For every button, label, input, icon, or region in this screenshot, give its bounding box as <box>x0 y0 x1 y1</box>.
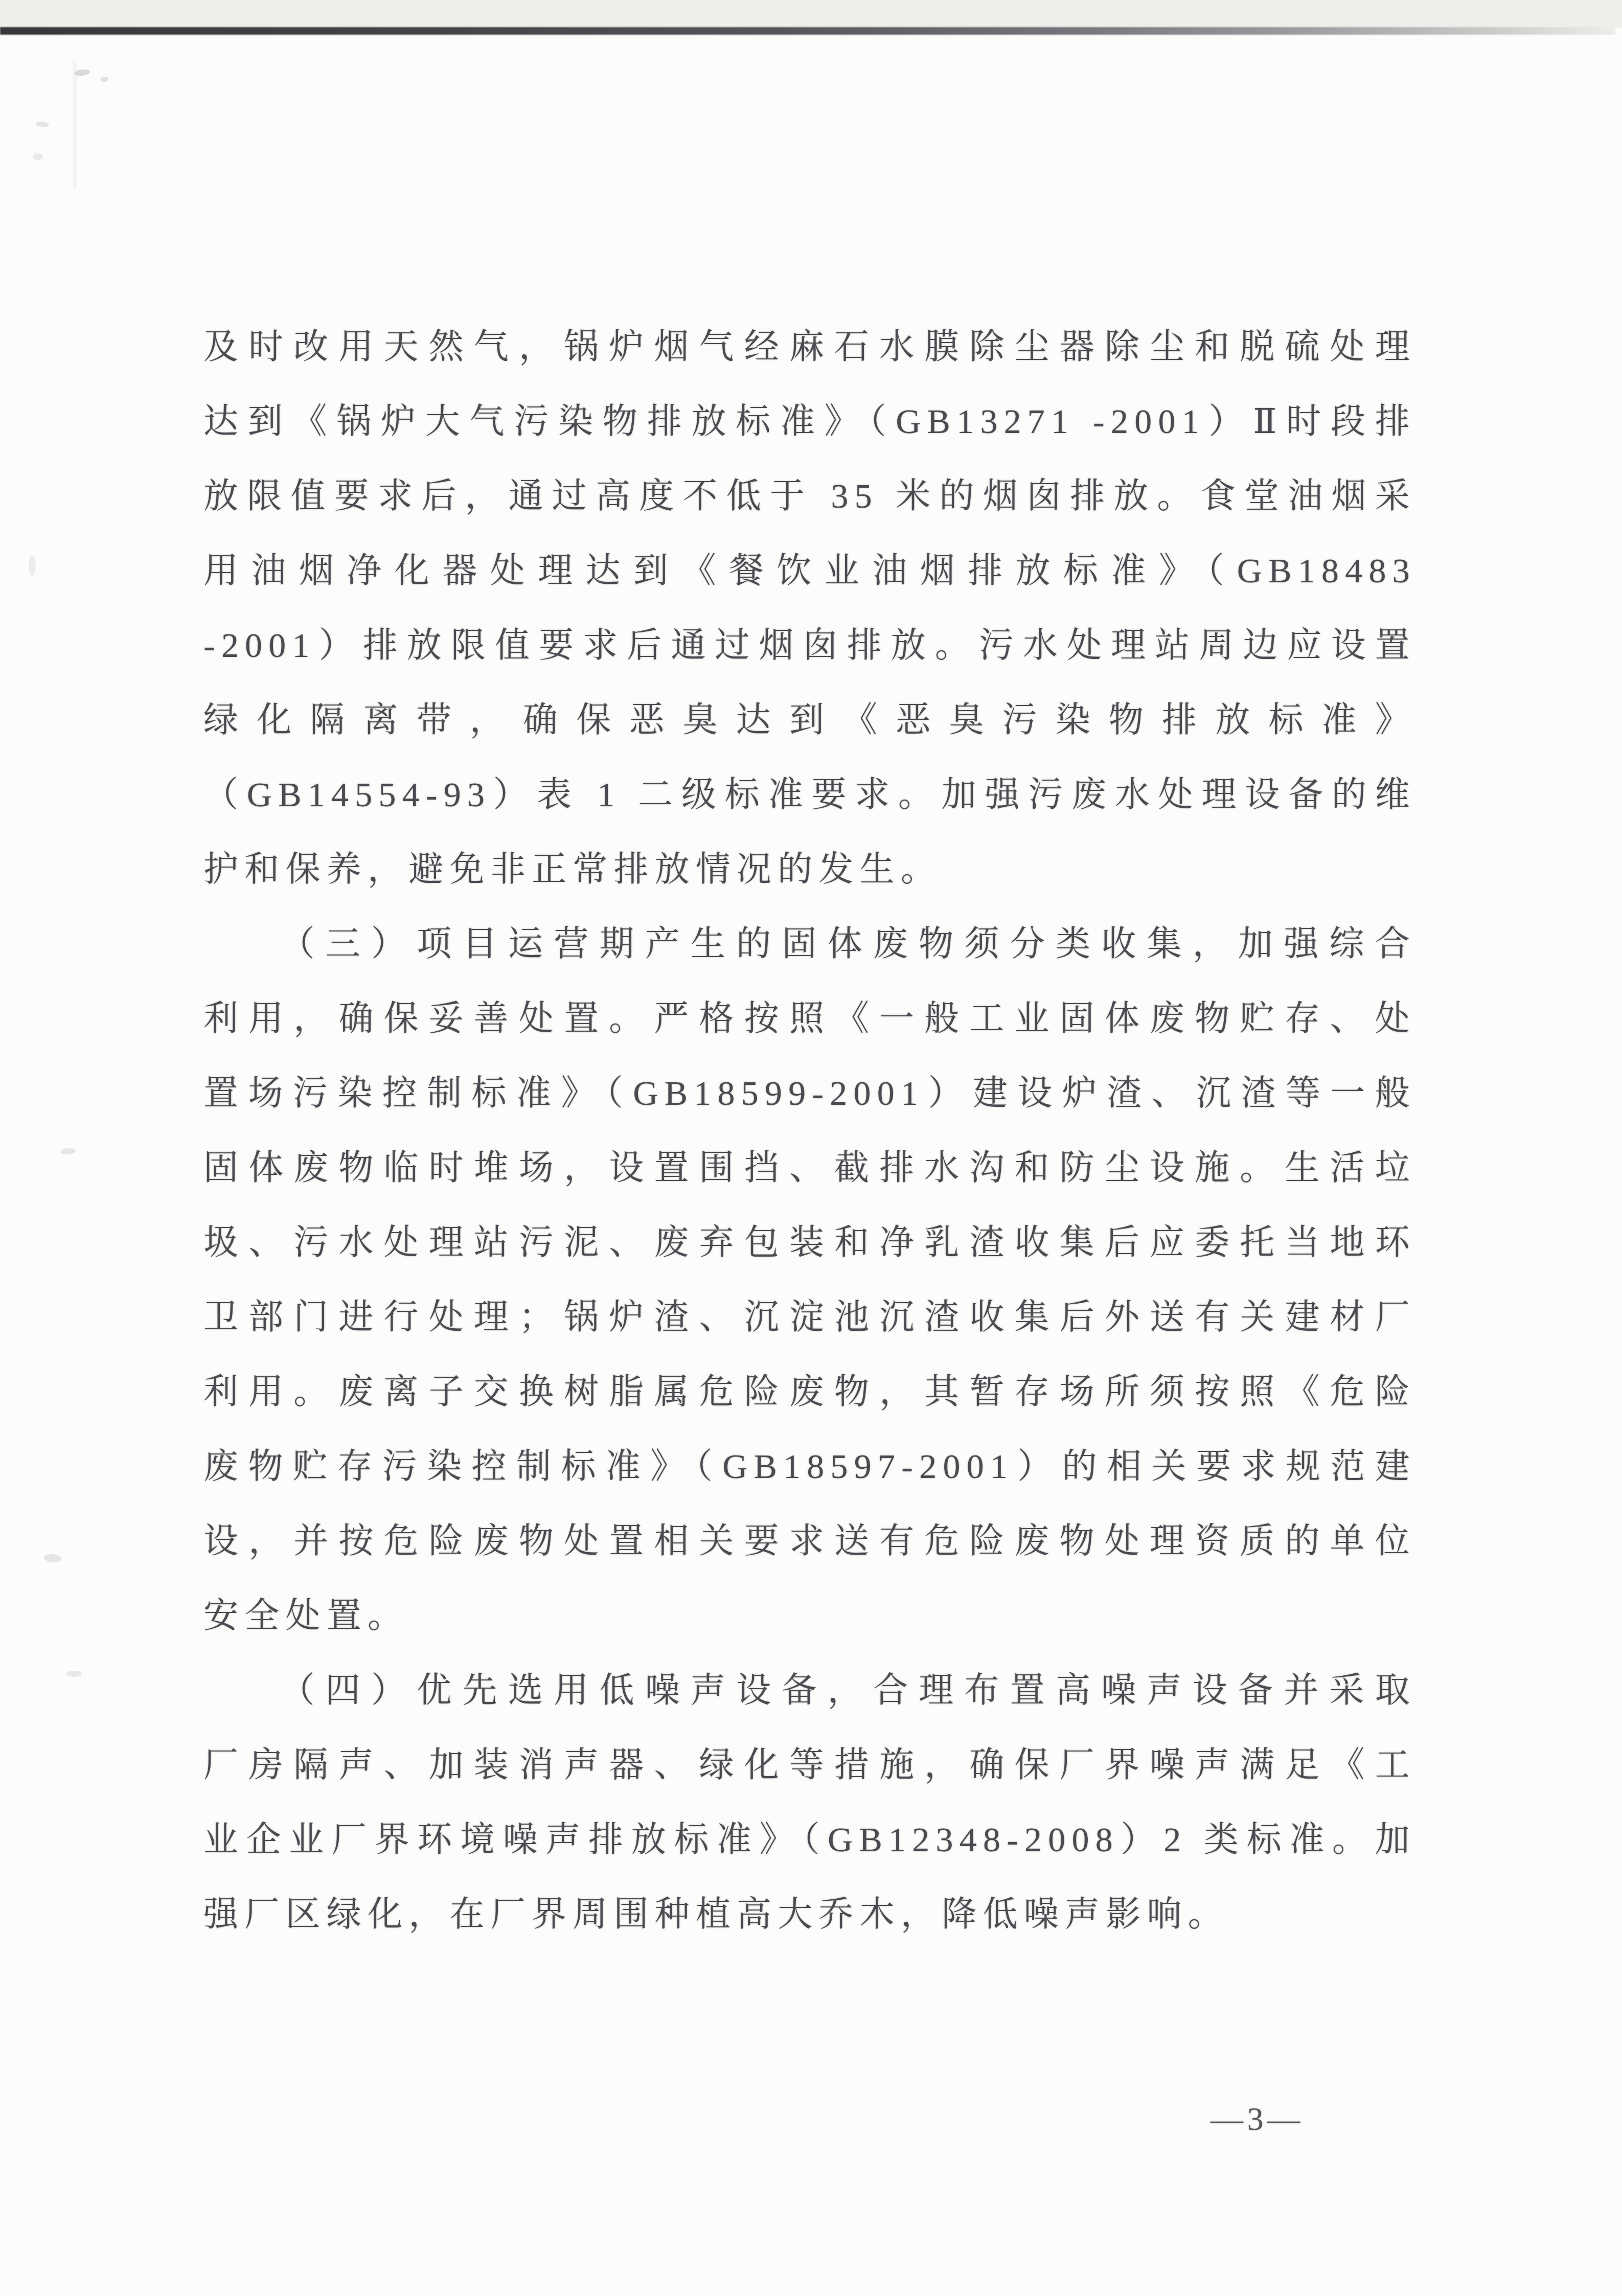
scan-top-band <box>0 0 1622 28</box>
scan-artifact <box>33 153 43 160</box>
text-line: 设，并按危险废物处置相关要求送有危险废物处理资质的单位 <box>203 1504 1416 1578</box>
text-line: （四）优先选用低噪声设备，合理布置高噪声设备并采取 <box>203 1653 1416 1727</box>
text-line: 置场污染控制标准》（GB18599-2001）建设炉渣、沉渣等一般 <box>203 1056 1416 1130</box>
text-line: 业企业厂界环境噪声排放标准》（GB12348-2008）2 类标准。加 <box>203 1802 1416 1877</box>
scanned-document-page: 及时改用天然气，锅炉烟气经麻石水膜除尘器除尘和脱硫处理 达到《锅炉大气污染物排放… <box>0 0 1622 2296</box>
scan-top-rule <box>0 27 1615 35</box>
body-text: 及时改用天然气，锅炉烟气经麻石水膜除尘器除尘和脱硫处理 达到《锅炉大气污染物排放… <box>203 309 1416 1951</box>
scan-artifact <box>60 1148 76 1155</box>
text-line: 固体废物临时堆场，设置围挡、截排水沟和防尘设施。生活垃 <box>203 1130 1416 1205</box>
text-line: 护和保养，避免非正常排放情况的发生。 <box>203 832 1416 906</box>
scan-artifact <box>36 121 50 128</box>
text-line: 绿化隔离带，确保恶臭达到《恶臭污染物排放标准》 <box>203 683 1416 757</box>
text-line: 强厂区绿化，在厂界周围种植高大乔木，降低噪声影响。 <box>203 1877 1416 1951</box>
text-line: 卫部门进行处理；锅炉渣、沉淀池沉渣收集后外送有关建材厂 <box>203 1280 1416 1354</box>
text-line: 厂房隔声、加装消声器、绿化等措施，确保厂界噪声满足《工 <box>203 1727 1416 1802</box>
text-line: 利用。废离子交换树脂属危险废物，其暂存场所须按照《危险 <box>203 1354 1416 1429</box>
text-line: -2001）排放限值要求后通过烟囱排放。污水处理站周边应设置 <box>203 608 1416 683</box>
text-line: 圾、污水处理站污泥、废弃包装和净乳渣收集后应委托当地环 <box>203 1205 1416 1280</box>
text-line: 及时改用天然气，锅炉烟气经麻石水膜除尘器除尘和脱硫处理 <box>203 309 1416 384</box>
text-line: 废物贮存污染控制标准》（GB18597-2001）的相关要求规范建 <box>203 1429 1416 1504</box>
scan-artifact <box>73 61 77 189</box>
text-line: （GB14554-93）表 1 二级标准要求。加强污废水处理设备的维 <box>203 757 1416 832</box>
scan-artifact <box>66 1671 82 1677</box>
scan-artifact <box>29 555 36 576</box>
text-line: （三）项目运营期产生的固体废物须分类收集，加强综合 <box>203 906 1416 981</box>
scan-artifact <box>74 69 90 77</box>
text-line: 利用，确保妥善处置。严格按照《一般工业固体废物贮存、处 <box>203 981 1416 1056</box>
text-line: 放限值要求后，通过高度不低于 35 米的烟囱排放。食堂油烟采 <box>203 459 1416 533</box>
page-number: —3— <box>1210 2100 1304 2138</box>
text-line: 用油烟净化器处理达到《餐饮业油烟排放标准》（GB18483 <box>203 533 1416 608</box>
text-line: 安全处置。 <box>203 1578 1416 1653</box>
text-line: 达到《锅炉大气污染物排放标准》（GB13271 -2001）Ⅱ时段排 <box>203 384 1416 459</box>
scan-artifact <box>43 1554 61 1563</box>
scan-artifact <box>100 77 108 82</box>
